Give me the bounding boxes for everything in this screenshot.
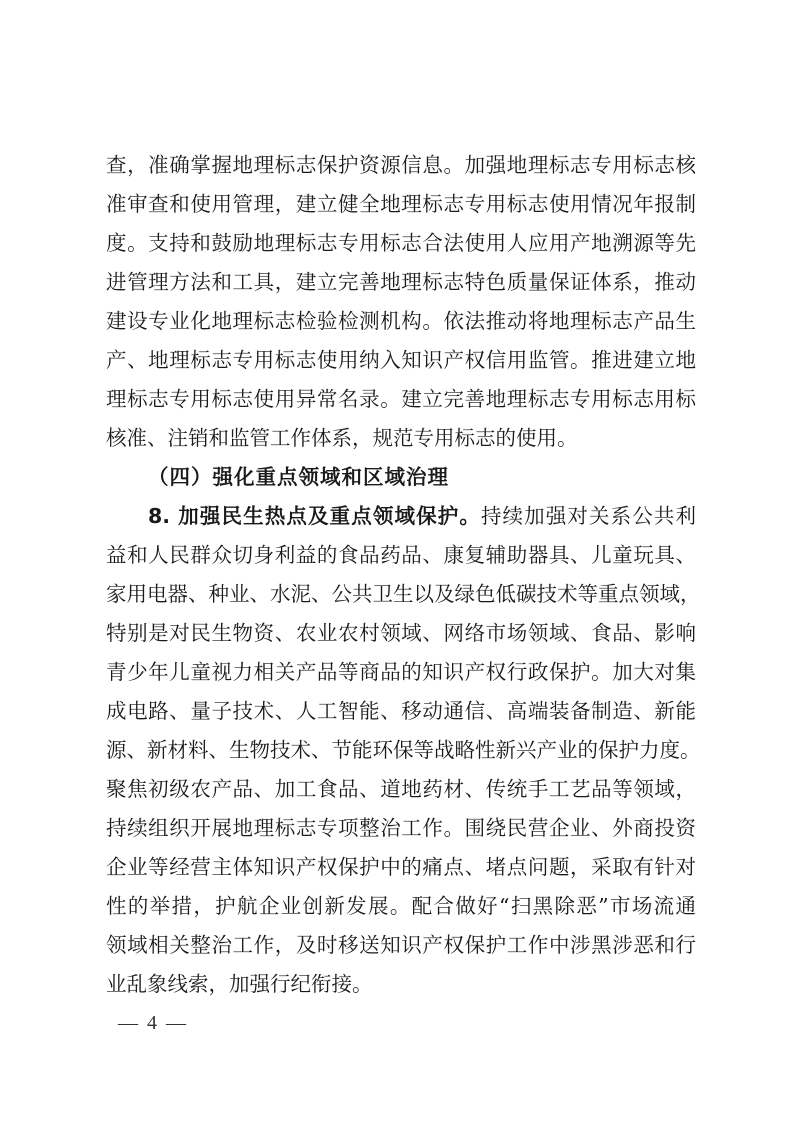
text-line: 源、新材料、生物技术、节能环保等战略性新兴产业的保护力度。 — [106, 731, 696, 770]
text-line: 度。支持和鼓励地理标志专用标志合法使用人应用产地溯源等先 — [106, 224, 696, 263]
item-8-first-line-text: 持续加强对关系公共利 — [481, 504, 696, 528]
item-8-first-line: 8. 加强民生热点及重点领域保护。持续加强对关系公共利 — [106, 497, 696, 536]
text-line: 核准、注销和监管工作体系，规范专用标志的使用。 — [106, 419, 696, 458]
text-line: 家用电器、种业、水泥、公共卫生以及绿色低碳技术等重点领域， — [106, 575, 696, 614]
text-line: 企业等经营主体知识产权保护中的痛点、堵点问题，采取有针对 — [106, 848, 696, 887]
document-page: 查，准确掌握地理标志保护资源信息。加强地理标志专用标志核 准审查和使用管理，建立… — [106, 146, 696, 1004]
page-number: — 4 — — [118, 1012, 188, 1035]
text-line: 产、地理标志专用标志使用纳入知识产权信用监管。推进建立地 — [106, 341, 696, 380]
continued-paragraph: 查，准确掌握地理标志保护资源信息。加强地理标志专用标志核 准审查和使用管理，建立… — [106, 146, 696, 458]
section-heading: （四）强化重点领域和区域治理 — [106, 458, 696, 497]
text-line: 领域相关整治工作，及时移送知识产权保护工作中涉黑涉恶和行 — [106, 926, 696, 965]
text-line: 成电路、量子技术、人工智能、移动通信、高端装备制造、新能 — [106, 692, 696, 731]
text-line: 业乱象线索，加强行纪衔接。 — [106, 965, 696, 1004]
text-line: 建设专业化地理标志检验检测机构。依法推动将地理标志产品生 — [106, 302, 696, 341]
text-line: 性的举措，护航企业创新发展。配合做好“扫黑除恶”市场流通 — [106, 887, 696, 926]
text-line: 益和人民群众切身利益的食品药品、康复辅助器具、儿童玩具、 — [106, 536, 696, 575]
item-8-title: 8. 加强民生热点及重点领域保护。 — [148, 504, 481, 528]
text-line: 查，准确掌握地理标志保护资源信息。加强地理标志专用标志核 — [106, 146, 696, 185]
text-line: 准审查和使用管理，建立健全地理标志专用标志使用情况年报制 — [106, 185, 696, 224]
text-line: 青少年儿童视力相关产品等商品的知识产权行政保护。加大对集 — [106, 653, 696, 692]
text-line: 特别是对民生物资、农业农村领域、网络市场领域、食品、影响 — [106, 614, 696, 653]
item-8-paragraph: 8. 加强民生热点及重点领域保护。持续加强对关系公共利 益和人民群众切身利益的食… — [106, 497, 696, 1004]
text-line: 进管理方法和工具，建立完善地理标志特色质量保证体系，推动 — [106, 263, 696, 302]
text-line: 持续组织开展地理标志专项整治工作。围绕民营企业、外商投资 — [106, 809, 696, 848]
text-line: 聚焦初级农产品、加工食品、道地药材、传统手工艺品等领域， — [106, 770, 696, 809]
text-line: 理标志专用标志使用异常名录。建立完善地理标志专用标志用标 — [106, 380, 696, 419]
